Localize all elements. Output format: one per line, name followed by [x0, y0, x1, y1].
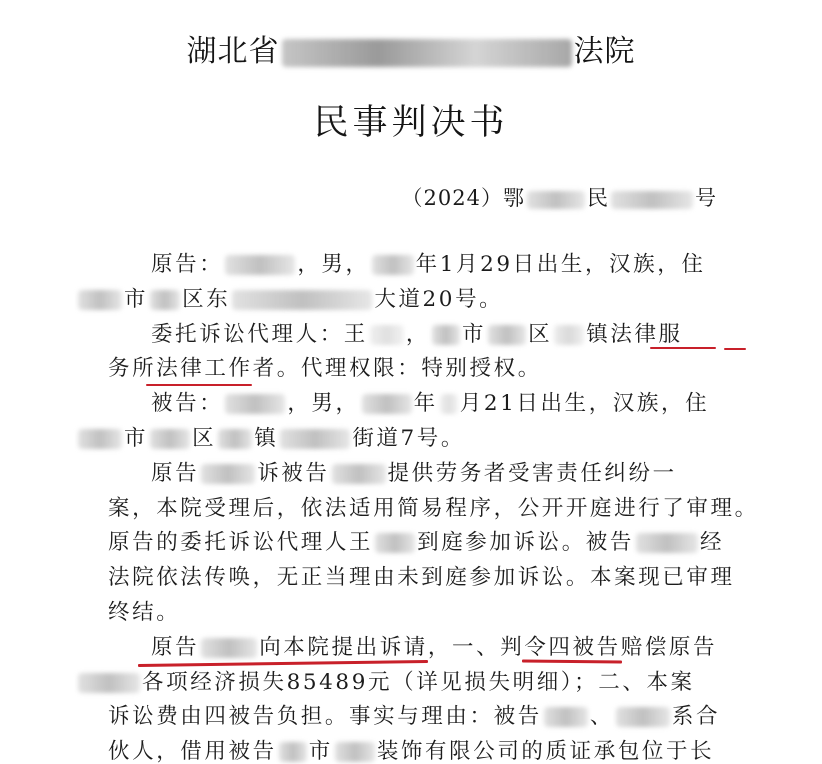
costs-and-facts: 诉讼费由四被告负担。事实与理由：被告 [108, 704, 542, 729]
plaintiff-city-label: 市 [124, 287, 148, 312]
redacted-defendant-name [636, 533, 698, 553]
underline-annotation-margin-mark [724, 348, 746, 350]
plaintiff-district-label: 区东 [182, 287, 230, 312]
redacted-city [78, 290, 122, 310]
procedure-line-4: 法院依法传唤，无正当理由未到庭参加诉讼。本案现已审理 [108, 561, 720, 596]
compensate-plaintiff: 赔偿原告 [621, 635, 717, 660]
redacted-defendant-name-2 [616, 707, 670, 727]
redacted-road [232, 290, 372, 310]
defendant-address-end: 街道7号。 [352, 426, 465, 451]
plaintiff-birth-info: 年1月29日出生，汉族，住 [416, 252, 706, 277]
agent-firm-part-1: 法律服 [610, 322, 682, 347]
agent-city-label: 市 [462, 322, 486, 347]
defendant-line-1: 被告：，男，年月21日出生，汉族，住 [108, 387, 720, 422]
agent-role: 法律工作者 [156, 356, 277, 381]
via-text: 经 [700, 530, 724, 555]
company-text: 装饰有限公司的质证承包位于长 [377, 739, 714, 764]
agent-firm-part-2: 务所 [108, 356, 156, 381]
partner-text: 系合 [672, 704, 720, 729]
court-title-prefix: 湖北省 [187, 34, 280, 69]
defendant-city-label: 市 [124, 426, 148, 451]
procedure-line-1: 原告诉被告提供劳务者受害责任纠纷一 [108, 457, 720, 492]
redacted-defendant-birth-year [362, 394, 412, 414]
document-body: 原告：，男，年1月29日出生，汉族，住 市区东大道20号。 委托诉讼代理人：王，… [108, 248, 720, 764]
redacted-defendant-name-1 [544, 707, 588, 727]
procedure-line-3: 原告的委托诉讼代理人王到庭参加诉讼。被告经 [108, 526, 720, 561]
claim-amount-text: 各项经济损失85489元（详见损失明细）；二、本案 [142, 670, 695, 695]
city-label: 市 [309, 739, 333, 764]
plaintiff-label: 原告： [151, 252, 223, 277]
redacted-defendant-name [332, 464, 386, 484]
document-title: 民事判决书 [0, 98, 822, 148]
underline-annotation-legal-service [650, 347, 716, 349]
claims-intro: 向本院提出诉请，一、 [259, 635, 500, 660]
case-number: （2024）鄂民号 [402, 183, 717, 213]
claims-line-2: 各项经济损失85489元（详见损失明细）；二、本案 [108, 666, 720, 701]
case-middle: 民 [587, 186, 609, 210]
procedure-line-2: 案，本院受理后，依法适用简易程序，公开开庭进行了审理。 [108, 492, 720, 527]
redacted-defendant-town [218, 429, 252, 449]
redacted-company-city [279, 742, 307, 762]
defendant-birth-info: 月21日出生，汉族，住 [460, 391, 709, 416]
redacted-case-serial [611, 191, 693, 209]
claims-line-3: 诉讼费由四被告负担。事实与理由：被告、系合 [108, 700, 720, 735]
redacted-agent-name [370, 325, 404, 345]
redacted-defendant-district [150, 429, 190, 449]
agent-label: 委托诉讼代理人：王 [151, 322, 368, 347]
claim-order-four-defendants: 判令四被告 [500, 635, 621, 660]
redacted-plaintiff-name [201, 464, 255, 484]
sues-defendant: 诉被告 [257, 461, 329, 486]
defendant-gender: ，男， [287, 391, 359, 416]
court-title: 湖北省法院 [0, 30, 822, 74]
court-title-suffix: 法院 [574, 34, 636, 69]
redacted-defendant-city [78, 429, 122, 449]
redacted-plaintiff-name [225, 255, 295, 275]
redacted-agent-name [375, 533, 415, 553]
case-year: （2024） [402, 186, 503, 210]
partner-text-cont: 伙人，借用被告 [108, 739, 277, 764]
case-prefix: 鄂 [503, 186, 525, 210]
redacted-agent-town [554, 325, 584, 345]
redacted-plaintiff-name [201, 638, 257, 658]
plaintiff-ref: 原告 [151, 635, 199, 660]
defendant-label: 被告： [151, 391, 223, 416]
judgment-document-page: 湖北省法院 民事判决书 （2024）鄂民号 原告：，男，年1月29日出生，汉族，… [0, 0, 822, 764]
plaintiff-line-1: 原告：，男，年1月29日出生，汉族，住 [108, 248, 720, 283]
procedure-line-5: 终结。 [108, 596, 720, 631]
redacted-defendant-street [280, 429, 350, 449]
case-type: 提供劳务者受害责任纠纷一 [388, 461, 677, 486]
plaintiff-ref: 原告 [151, 461, 199, 486]
separator: 、 [590, 704, 614, 729]
claims-line-4: 伙人，借用被告市装饰有限公司的质证承包位于长 [108, 735, 720, 764]
agent-line-2: 务所法律工作者。代理权限：特别授权。 [108, 352, 720, 387]
plaintiff-line-2: 市区东大道20号。 [108, 283, 720, 318]
agent-line-1: 委托诉讼代理人：王，市区镇法律服 [108, 318, 720, 353]
redacted-company-name [335, 742, 375, 762]
year-label: 年 [414, 391, 438, 416]
agent-town-label: 镇 [586, 322, 610, 347]
redacted-defendant-name [225, 394, 285, 414]
agent-authority: 。代理权限：特别授权。 [277, 356, 542, 381]
defendant-line-2: 市区镇街道7号。 [108, 422, 720, 457]
case-suffix: 号 [695, 186, 717, 210]
redacted-birth-year [372, 255, 414, 275]
defendant-town-label: 镇 [254, 426, 278, 451]
agent-ref: 原告的委托诉讼代理人王 [108, 530, 373, 555]
underline-annotation-legal-worker [146, 384, 252, 386]
agent-district-label: 区 [528, 322, 552, 347]
defendant-district-label: 区 [192, 426, 216, 451]
redacted-defendant-birth-month [440, 394, 458, 414]
redacted-district [150, 290, 180, 310]
attendance-text: 到庭参加诉讼。被告 [417, 530, 634, 555]
redacted-plaintiff-name [78, 673, 140, 693]
redacted-case-code [527, 191, 585, 209]
redacted-agent-district [488, 325, 526, 345]
redacted-agent-city [432, 325, 460, 345]
plaintiff-gender: ，男， [297, 252, 369, 277]
comma: ， [406, 322, 430, 347]
redacted-court-name [282, 39, 572, 67]
plaintiff-address-end: 大道20号。 [374, 287, 503, 312]
